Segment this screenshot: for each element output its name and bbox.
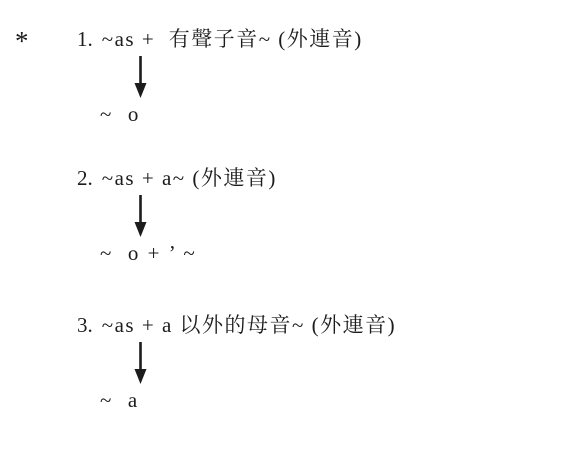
document-page: * 1.~as + 有聲子音~ (外連音) ~ o 2.~as + a~ (外連…	[0, 0, 577, 449]
rule-2-number: 2.	[77, 166, 93, 190]
down-arrow-icon	[133, 56, 148, 98]
rule-1-number: 1.	[77, 27, 93, 51]
rule-2-formula: ~as + a~ (外連音)	[102, 166, 277, 190]
rule-3-formula-line: 3.~as + a 以外的母音~ (外連音)	[77, 313, 396, 338]
rule-2-formula-line: 2.~as + a~ (外連音)	[77, 166, 277, 191]
sandhi-rule-1: 1.~as + 有聲子音~ (外連音) ~ o	[77, 27, 363, 127]
rule-1-result: ~ o	[100, 102, 363, 127]
rule-2-result: ~ o + ’ ~	[100, 241, 277, 266]
margin-asterisk-marker: *	[15, 26, 29, 57]
rule-3-number: 3.	[77, 313, 93, 337]
rule-3-result: ~ a	[100, 388, 396, 413]
rule-1-formula: ~as + 有聲子音~ (外連音)	[102, 27, 363, 51]
sandhi-rule-3: 3.~as + a 以外的母音~ (外連音) ~ a	[77, 313, 396, 413]
down-arrow-icon	[133, 195, 148, 237]
down-arrow-icon	[133, 342, 148, 384]
sandhi-rule-2: 2.~as + a~ (外連音) ~ o + ’ ~	[77, 166, 277, 266]
rule-1-formula-line: 1.~as + 有聲子音~ (外連音)	[77, 27, 363, 52]
rule-3-formula: ~as + a 以外的母音~ (外連音)	[102, 313, 396, 337]
